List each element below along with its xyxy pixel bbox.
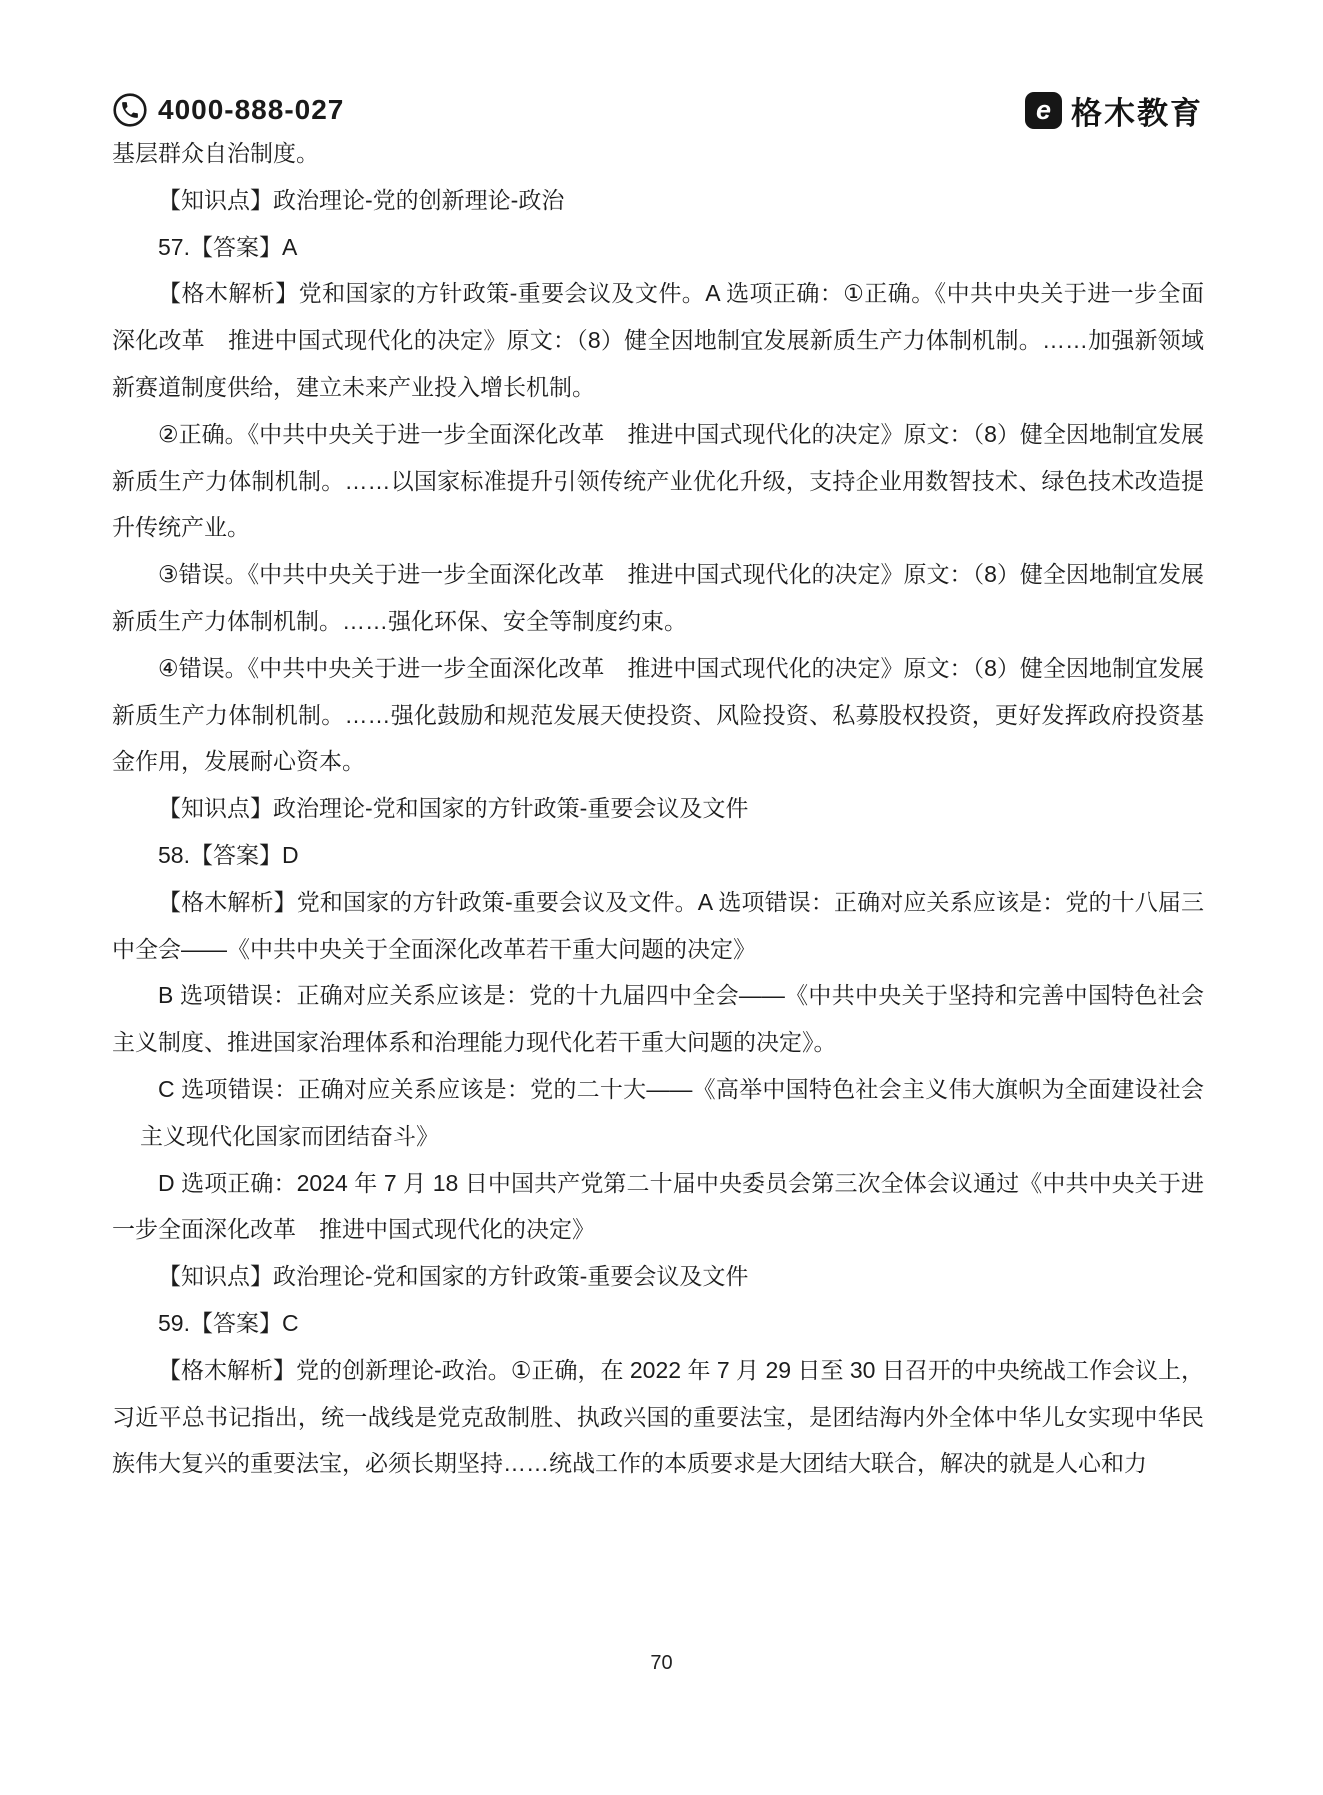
brand-logo: e 格木教育	[1025, 88, 1203, 133]
para-analysis-57-option-3: ③错误。《中共中央关于进一步全面深化改革 推进中国式现代化的决定》原文：（8）健…	[112, 551, 1204, 645]
brand-name: 格木教育	[1071, 88, 1203, 133]
para-analysis-58-option-c: C 选项错误：正确对应关系应该是：党的二十大——《高举中国特色社会主义伟大旗帜为…	[112, 1066, 1204, 1160]
para-analysis-59: 【格木解析】党的创新理论-政治。①正确，在 2022 年 7 月 29 日至 3…	[112, 1347, 1204, 1487]
para-analysis-58-option-d: D 选项正确：2024 年 7 月 18 日中国共产党第二十届中央委员会第三次全…	[112, 1160, 1204, 1254]
para-analysis-57-option-2: ②正确。《中共中央关于进一步全面深化改革 推进中国式现代化的决定》原文：（8）健…	[112, 411, 1204, 551]
phone-number: 4000-888-027	[158, 94, 344, 126]
para-knowledge-point-58: 【知识点】政治理论-党和国家的方针政策-重要会议及文件	[112, 1253, 1204, 1300]
document-body: 基层群众自治制度。 【知识点】政治理论-党的创新理论-政治 57.【答案】A 【…	[112, 130, 1204, 1487]
phone-block: 4000-888-027	[112, 92, 344, 128]
para-answer-58: 58.【答案】D	[112, 832, 1204, 879]
para-analysis-58-option-b: B 选项错误：正确对应关系应该是：党的十九届四中全会——《中共中央关于坚持和完善…	[112, 972, 1204, 1066]
document-page: 4000-888-027 e 格木教育 基层群众自治制度。 【知识点】政治理论-…	[0, 0, 1323, 1795]
para-analysis-57-option-4: ④错误。《中共中央关于进一步全面深化改革 推进中国式现代化的决定》原文：（8）健…	[112, 645, 1204, 785]
para-analysis-58-option-a: 【格木解析】党和国家的方针政策-重要会议及文件。A 选项错误：正确对应关系应该是…	[112, 879, 1204, 973]
para-grassroots-autonomy-continuation: 基层群众自治制度。	[112, 130, 1204, 177]
para-knowledge-point-56: 【知识点】政治理论-党的创新理论-政治	[112, 177, 1204, 224]
brand-logo-icon: e	[1025, 92, 1062, 129]
para-answer-59: 59.【答案】C	[112, 1300, 1204, 1347]
para-knowledge-point-57: 【知识点】政治理论-党和国家的方针政策-重要会议及文件	[112, 785, 1204, 832]
page-header: 4000-888-027 e 格木教育	[112, 88, 1203, 132]
para-analysis-57-option-1: 【格木解析】党和国家的方针政策-重要会议及文件。A 选项正确：①正确。《中共中央…	[112, 270, 1204, 410]
page-number: 70	[0, 1652, 1323, 1675]
phone-icon	[112, 92, 148, 128]
para-answer-57: 57.【答案】A	[112, 224, 1204, 271]
